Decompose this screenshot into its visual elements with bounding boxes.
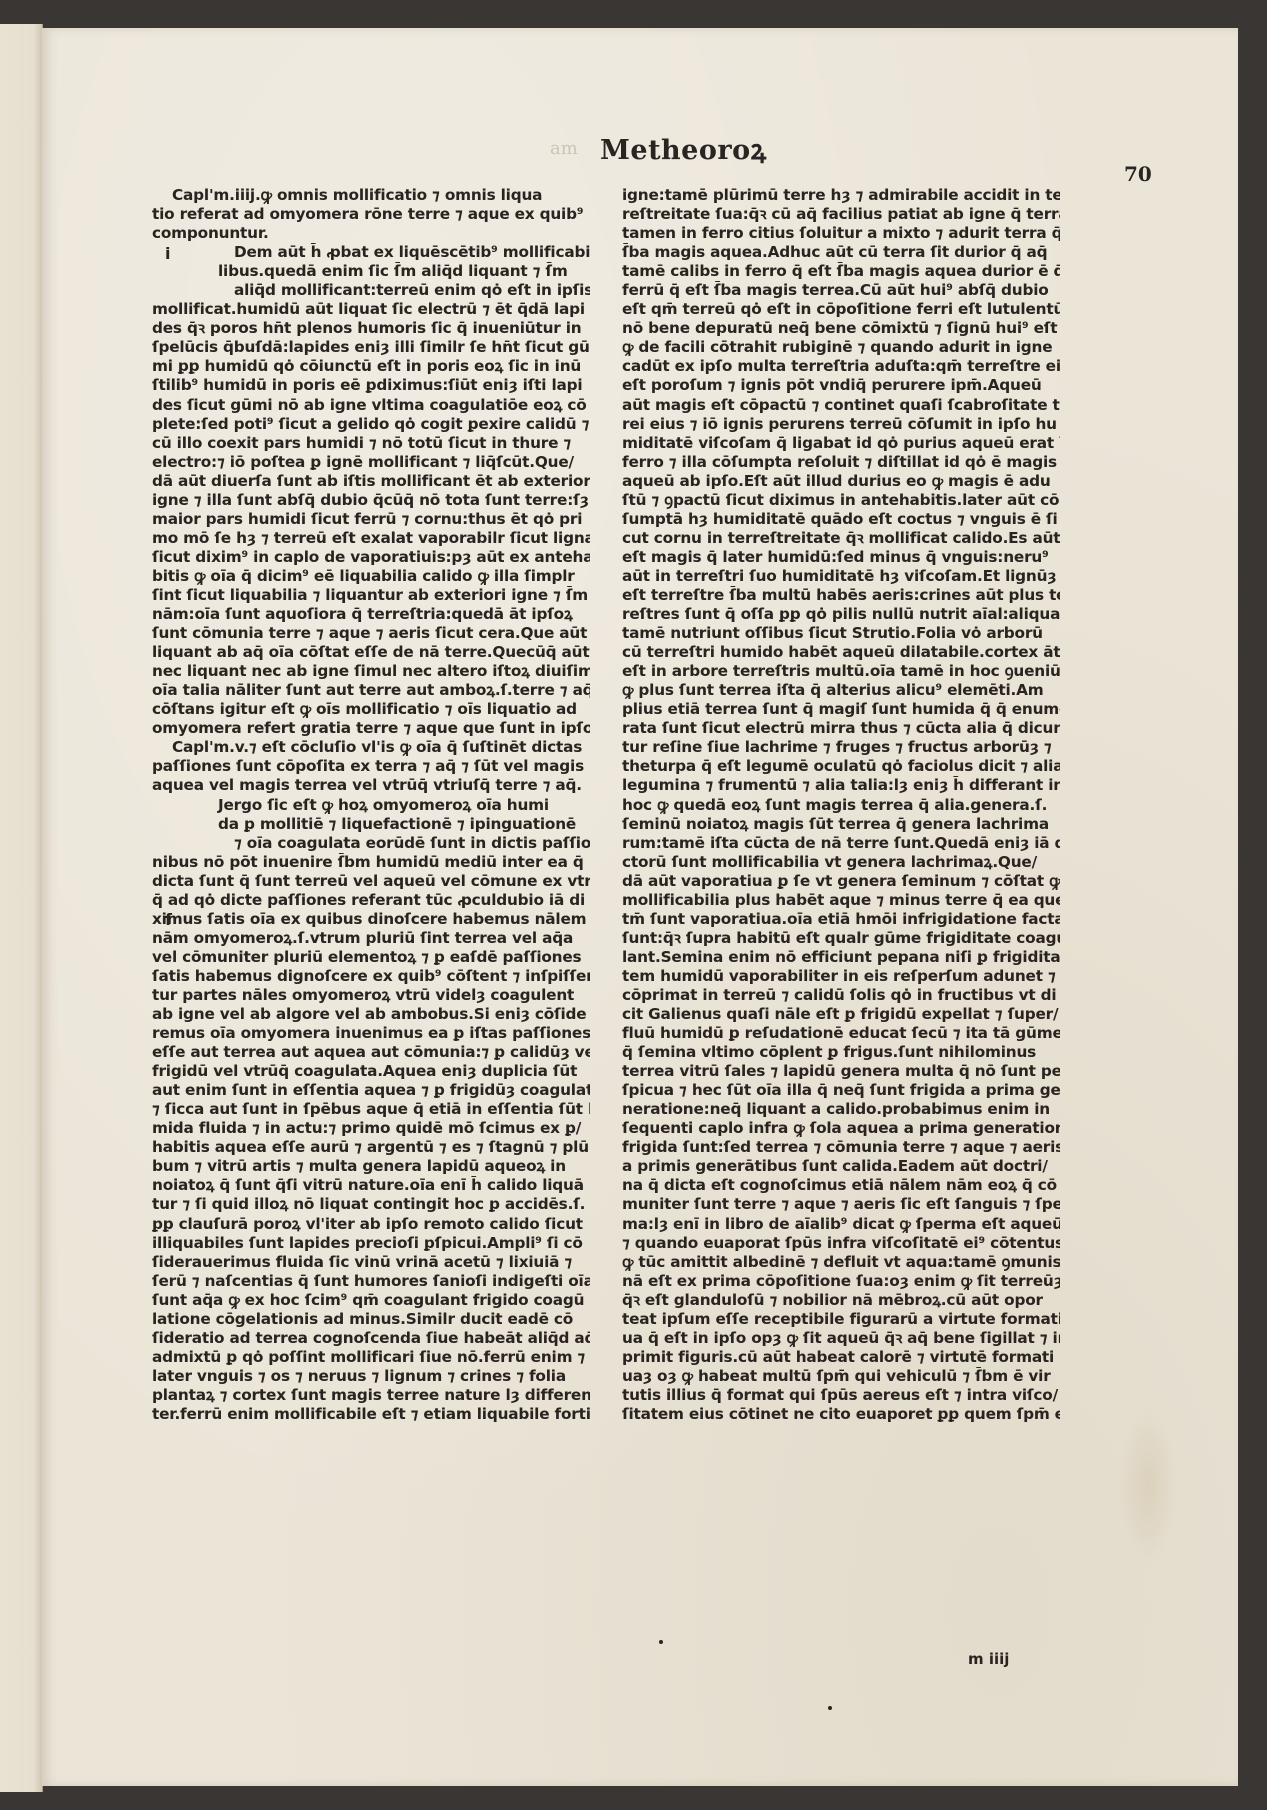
text-line: plete:ſed poti⁹ ſicut a gelido qȯ cogit … [152, 415, 590, 434]
text-line: primit figuris.cū aūt habeat calorē ⁊ vi… [622, 1348, 1060, 1367]
paper-stain [1118, 1406, 1178, 1566]
text-line: ſunt:q̄ꝛ ſupra habitū eſt qualr gūme fri… [622, 929, 1060, 948]
text-line: q̄ꝛ eſt glanduloſū ⁊ nobilior nā mēbroꝝ.… [622, 1291, 1060, 1310]
text-line: neratione:neq̄ liquant a calido.probabim… [622, 1100, 1060, 1119]
text-line: later vnguis ⁊ os ⁊ neruus ⁊ lignum ⁊ cr… [152, 1367, 590, 1386]
text-line: ctorū ſunt mollificabilia vt genera lach… [622, 853, 1060, 872]
text-line: vel cōmuniter pluriū elementoꝝ ⁊ ꝑ eaſdē… [152, 948, 590, 967]
text-line: Capl'm.iiij.ꝙ omnis mollificatio ⁊ omnis… [152, 186, 590, 205]
ink-dot [659, 1640, 663, 1644]
text-line: aūt magis eſt cōpactū ⁊ continet quaſi ſ… [622, 396, 1060, 415]
text-line: cōſtans igitur eſt ꝙ oīs mollificatio ⁊ … [152, 700, 590, 719]
text-line: theturpa q̄ eſt legumē oculatū qȯ faciol… [622, 757, 1060, 776]
text-line: ximus ſatis oīa ex quibus dinoſcere habe… [152, 910, 590, 929]
text-line: uaȝ oȝ ꝙ habeat multū ſpm̄ qui vehiculū … [622, 1367, 1060, 1386]
text-line: maior pars humidi ſicut ferrū ⁊ cornu:th… [152, 510, 590, 529]
text-line: a primis generātibus ſunt calida.Eadem a… [622, 1157, 1060, 1176]
text-line: liquant ab aq̄ oīa cōſtat eſſe de nā ter… [152, 643, 590, 662]
text-line: cit Galienus quaſi nāle eſt ꝑ frigidū ex… [622, 1005, 1060, 1024]
text-line: q̄ ad qȯ dicte paſſiones referant tūc ꝓc… [152, 891, 590, 910]
text-line: ſicut dixim⁹ in caplo de vaporatiuis:pȝ … [152, 548, 590, 567]
text-line: cū illo coexit pars humidi ⁊ nō totū ſic… [152, 434, 590, 453]
text-line: reſtres ſunt q̄ oſſa ꝑꝑ qȯ pilis nullū n… [622, 605, 1060, 624]
text-line: nām omyomeroꝝ.ſ.vtrum pluriū ſint terrea… [152, 929, 590, 948]
text-line: ſunt aq̄a ꝙ ex hoc ſcim⁹ qm̄ coagulant f… [152, 1291, 590, 1310]
text-line: ſunt cōmunia terre ⁊ aque ⁊ aeris ſicut … [152, 624, 590, 643]
text-line: plantaꝝ ⁊ cortex ſunt magis terree natur… [152, 1386, 590, 1405]
text-line: ſideratio ad terrea cognoſcenda ſiue hab… [152, 1329, 590, 1348]
text-line: ſitatem eius cōtinet ne cito euaporet ꝑꝑ… [622, 1405, 1060, 1424]
text-line: terrea vitrū ſales ⁊ lapidū genera multa… [622, 1062, 1060, 1081]
text-line: mida fluida ⁊ in actu:⁊ primo quidē mō ſ… [152, 1119, 590, 1138]
text-line: tur reſine ſiue lachrime ⁊ fruges ⁊ fruc… [622, 738, 1060, 757]
text-line: ſ̄ba magis aquea.Adhuc aūt cū terra ſit … [622, 243, 1060, 262]
text-line: eſt terreſtre ſ̄ba multū habēs aeris:cri… [622, 586, 1060, 605]
text-line: legumina ⁊ frumentū ⁊ alia talia:lȝ eniȝ… [622, 776, 1060, 795]
text-line: ſtū ⁊ ꝯpactū ſicut diximus in antehabiti… [622, 491, 1060, 510]
text-line: cōprimat in terreū ⁊ calidū ſolis qȯ in … [622, 986, 1060, 1005]
text-line: bum ⁊ vitrū artis ⁊ multa genera lapidū … [152, 1157, 590, 1176]
text-line: dā aūt vaporatiua ꝑ ſe vt genera ſeminum… [622, 872, 1060, 891]
text-line: ꝑꝑ clauſurā poroꝝ vl'iter ab ipſo remoto… [152, 1215, 590, 1234]
text-line: aut enim ſunt in eſſentia aquea ⁊ ꝑ frig… [152, 1081, 590, 1100]
text-line: bitis ꝙ oīa q̄ dicim⁹ eē liquabilia cali… [152, 567, 590, 586]
text-line: cadūt ex ipſo multa terreſtria aduſta:qm… [622, 357, 1060, 376]
text-line: ꝙ de facili cōtrahit rubiginē ⁊ quando a… [622, 338, 1060, 357]
text-line: ua q̄ eſt in ipſo opȝ ꝙ ſit aqueū q̄ꝛ aq… [622, 1329, 1060, 1348]
text-line: ſeminū noiatoꝝ magis ſūt terrea q̄ gener… [622, 815, 1060, 834]
text-line: miditatē viſcoſam q̄ ligabat id qȯ puriu… [622, 434, 1060, 453]
text-line: dā aūt diuerſa ſunt ab iſtis mollificant… [152, 472, 590, 491]
text-line: ⁊ quando euaporat ſpūs infra viſcoſitatē… [622, 1234, 1060, 1253]
text-line: tio referat ad omyomera rōne terre ⁊ aqu… [152, 205, 590, 224]
text-line: fluū humidū ꝑ reſudationē educat ſecū ⁊ … [622, 1024, 1060, 1043]
text-line: ſerū ⁊ naſcentias q̄ ſunt humores ſanioſ… [152, 1272, 590, 1291]
text-column-right: igne:tamē plūrimū terre hȝ ⁊ admirabile … [622, 186, 1060, 1424]
text-line: nibus nō pōt inuenire ſ̄bm humidū mediū … [152, 853, 590, 872]
text-line: ab igne vel ab algore vel ab ambobus.Si … [152, 1005, 590, 1024]
text-line: ſiderauerimus fluida ſic vinū vrinā acet… [152, 1253, 590, 1272]
text-line: eſt poroſum ⁊ ignis pōt vndiq̄ perurere … [622, 376, 1060, 395]
text-line: mollificat.humidū aūt liquat ſic electrū… [152, 300, 590, 319]
text-line: frigidū vel vtrūq̄ coagulata.Aquea eniȝ … [152, 1062, 590, 1081]
text-line: rei eius ⁊ iō ignis perurens terreū cōſu… [622, 415, 1060, 434]
text-line: nō bene depuratū neq̄ bene cōmixtū ⁊ ſig… [622, 319, 1060, 338]
text-line: ſequenti caplo infra ꝙ ſola aquea a prim… [622, 1119, 1060, 1138]
text-line: eſt qm̄ terreū qȯ eſt in cōpoſitione fer… [622, 300, 1060, 319]
text-line: ſpicua ⁊ hec ſūt oīa illa q̄ neq̄ ſunt f… [622, 1081, 1060, 1100]
text-line: ſpelūcis q̄buſdā:lapides eniȝ illi ſimil… [152, 338, 590, 357]
text-line: Jergo ſic eſt ꝙ hoꝝ omyomeroꝝ oīa humi [152, 796, 590, 815]
text-line: remus oīa omyomera inuenimus ea ꝑ iſtas … [152, 1024, 590, 1043]
text-line: ter.ferrū enim mollificabile eſt ⁊ etiam… [152, 1405, 590, 1424]
text-line: componuntur. [152, 224, 590, 243]
text-line: hoc ꝙ quedā eoꝝ ſunt magis terrea q̄ ali… [622, 796, 1060, 815]
text-line: igne:tamē plūrimū terre hȝ ⁊ admirabile … [622, 186, 1060, 205]
text-line: rata ſunt ſicut electrū mirra thus ⁊ cūc… [622, 719, 1060, 738]
text-line: tem humidū vaporabiliter in eis reſperſu… [622, 967, 1060, 986]
text-line: aqueū ab ipſo.Eſt aūt illud durius eo ꝙ … [622, 472, 1060, 491]
text-line: ſint ſicut liquabilia ⁊ liquantur ab ext… [152, 586, 590, 605]
text-line: cut cornu in terreſtreitate q̄ꝛ mollific… [622, 529, 1060, 548]
text-line: ſumptā hȝ humiditatē quādo eſt coctus ⁊ … [622, 510, 1060, 529]
text-line: eſt in arbore terreſtris multū.oīa tamē … [622, 662, 1060, 681]
text-line: ⁊ ſicca aut ſunt in ſpēbus aque q̄ etiā … [152, 1100, 590, 1119]
text-line: tamen in ferro citius ſoluitur a mixto ⁊… [622, 224, 1060, 243]
text-line: reſtreitate ſua:q̄ꝛ cū aq̄ facilius pati… [622, 205, 1060, 224]
text-column-left: Capl'm.iiij.ꝙ omnis mollificatio ⁊ omnis… [152, 186, 590, 1424]
text-line: habitis aquea eſſe aurū ⁊ argentū ⁊ es ⁊… [152, 1138, 590, 1157]
text-line: tur ⁊ ſi quid illoꝝ nō liquat contingit … [152, 1195, 590, 1214]
text-line: muniter ſunt terre ⁊ aque ⁊ aeris ſic eſ… [622, 1195, 1060, 1214]
text-line: Capl'm.v.⁊ eſt cōcluſio vl'is ꝙ oīa q̄ ſ… [152, 738, 590, 757]
text-line: tur partes nāles omyomeroꝝ vtrū videlȝ c… [152, 986, 590, 1005]
text-line: aliq̄d mollificant:terreū enim qȯ eſt in… [152, 281, 590, 300]
text-line: aquea vel magis terrea vel vtrūq̄ vtriuſ… [152, 776, 590, 795]
text-line: Dem aūt h̄ ꝓbat ex liquēscētib⁹ mollific… [152, 243, 590, 262]
text-line: lant.Semina enim nō efficiunt pepana niſ… [622, 948, 1060, 967]
text-line: nām:oīa ſunt aquoſiora q̄ terreſtria:que… [152, 605, 590, 624]
text-line: ⁊ oīa coagulata eorūdē ſunt in dictis pa… [152, 834, 590, 853]
text-line: tamē calibs in ferro q̄ eſt ſ̄ba magis a… [622, 262, 1060, 281]
text-line: cū terreſtri humido habēt aqueū dilatabi… [622, 643, 1060, 662]
text-line: latione cōgelationis ad minus.Similr duc… [152, 1310, 590, 1329]
text-line: da ꝑ mollitiē ⁊ liquefactionē ⁊ ipinguat… [152, 815, 590, 834]
text-line: des ſicut gūmi nō ab igne vltima coagula… [152, 396, 590, 415]
text-line: libus.quedā enim ſic ſ̄m aliq̄d liquant … [152, 262, 590, 281]
show-through-text: am [550, 138, 578, 159]
text-line: illiquabiles ſunt lapides precioſi ꝑſpic… [152, 1234, 590, 1253]
text-line: omyomera refert gratia terre ⁊ aque que … [152, 719, 590, 738]
text-line: dicta ſunt q̄ ſunt terreū vel aqueū vel … [152, 872, 590, 891]
signature-mark: m iiij [968, 1650, 1009, 1668]
text-line: admixtū ꝑ qȯ poſſint mollificari ſiue nō… [152, 1348, 590, 1367]
text-line: ꝙ plus ſunt terrea iſta q̄ alterius alic… [622, 681, 1060, 700]
text-line: ma:lȝ enī in libro de aīalib⁹ dicat ꝙ ſp… [622, 1215, 1060, 1234]
text-line: eſſe aut terrea aut aquea aut cōmunia:⁊ … [152, 1043, 590, 1062]
text-line: tamē nutriunt oſſibus ſicut Strutio.Foli… [622, 624, 1060, 643]
text-line: noiatoꝝ q̄ ſunt q̄ſi vitrū nature.oīa en… [152, 1176, 590, 1195]
text-line: rum:tamē iſta cūcta de nā terre ſunt.Que… [622, 834, 1060, 853]
text-line: mo mō ſe hȝ ⁊ terreū eſt exalat vaporabi… [152, 529, 590, 548]
text-line: plius etiā terrea ſunt q̄ magiſ ſunt hum… [622, 700, 1060, 719]
text-line: des q̄ꝛ poros hn̄t plenos humoris ſic q̄… [152, 319, 590, 338]
text-line: q̄ ſemina vltimo cōplent ꝑ frigus.ſunt n… [622, 1043, 1060, 1062]
running-head-title: Metheoroꝝ [600, 130, 767, 167]
ink-dot [828, 1706, 832, 1710]
text-line: teat ipſum eſſe receptibile figurarū a v… [622, 1310, 1060, 1329]
text-line: nec liquant nec ab igne ſimul nec altero… [152, 662, 590, 681]
text-line: ꝙ tūc amittit albedinē ⁊ defluit vt aqua… [622, 1253, 1060, 1272]
text-line: ferrū q̄ eſt ſ̄ba magis terrea.Cū aūt hu… [622, 281, 1060, 300]
text-line: aūt in terreſtri ſuo humiditatē hȝ viſco… [622, 567, 1060, 586]
text-line: paſſiones ſunt cōpoſita ex terra ⁊ aq̄ ⁊… [152, 757, 590, 776]
text-line: ſatis habemus dignoſcere ex quib⁹ cōſten… [152, 967, 590, 986]
text-line: frigida ſunt:ſed terrea ⁊ cōmunia terre … [622, 1138, 1060, 1157]
text-line: mollificabilia plus habēt aque ⁊ minus t… [622, 891, 1060, 910]
text-line: eſt magis q̄ later humidū:ſed minus q̄ v… [622, 548, 1060, 567]
text-line: na q̄ dicta eſt cognoſcimus etiā nālem n… [622, 1176, 1060, 1195]
text-line: ferro ⁊ illa cōſumpta reſoluit ⁊ diſtill… [622, 453, 1060, 472]
text-line: tm̄ ſunt vaporatiua.oīa etiā hmōi infrig… [622, 910, 1060, 929]
text-line: tutis illius q̄ format qui ſpūs aereus e… [622, 1386, 1060, 1405]
text-line: ſtilib⁹ humidū in poris eē ꝑdiximus:ſiūt… [152, 376, 590, 395]
text-line: oīa talia nāliter ſunt aut terre aut amb… [152, 681, 590, 700]
text-line: mi ꝑꝑ humidū qȯ cōiunctū eſt in poris eo… [152, 357, 590, 376]
previous-leaf-edge [0, 24, 43, 1792]
text-line: nā eſt ex prima cōpoſitione ſua:oȝ enim … [622, 1272, 1060, 1291]
folio-number: 70 [1124, 162, 1152, 186]
text-line: igne ⁊ illa ſunt abſq̄ dubio q̄cūq̄ nō t… [152, 491, 590, 510]
text-line: electro:⁊ iō poſtea ꝑ ignē mollificant ⁊… [152, 453, 590, 472]
